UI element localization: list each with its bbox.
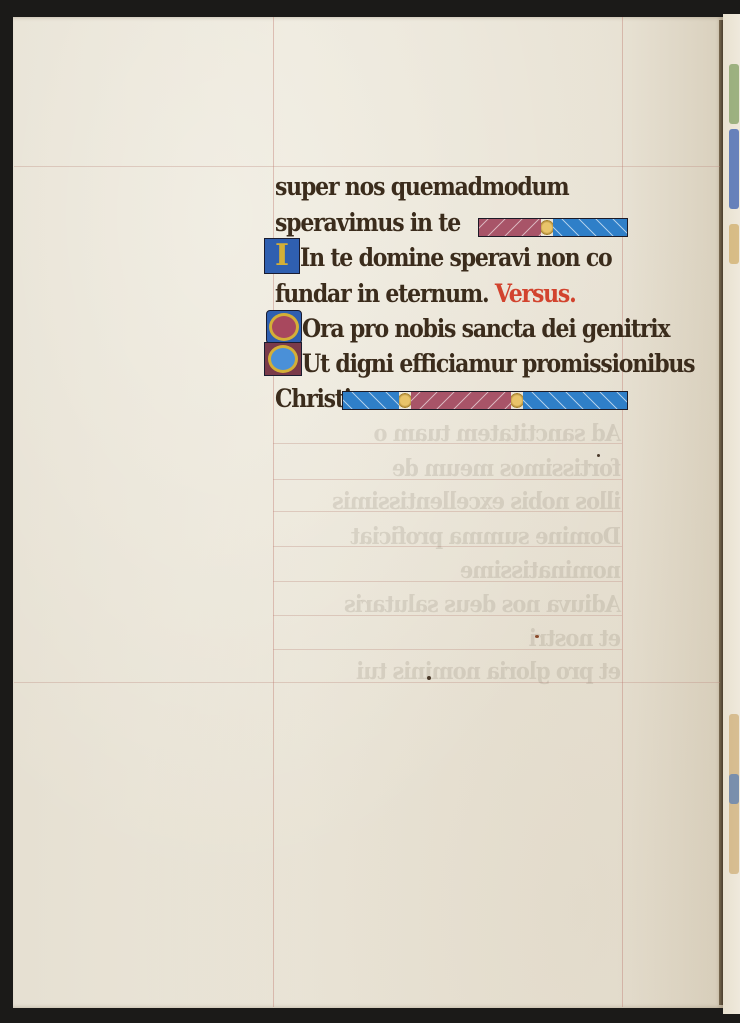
line-filler — [342, 391, 628, 410]
border-decoration — [729, 224, 739, 264]
page-gutter-shadow — [719, 20, 723, 1005]
rubric-versus: Versus. — [495, 279, 576, 309]
illuminated-initial-U — [264, 342, 302, 376]
bleed-through-text: et nostri — [276, 624, 621, 648]
parchment-speck — [535, 635, 539, 638]
bleed-through-text: illos nobis excellentissimis — [276, 487, 621, 511]
parchment-speck — [597, 454, 600, 457]
bleed-through-text: nominatissime — [276, 556, 621, 580]
parchment-speck — [427, 676, 431, 680]
border-decoration — [729, 64, 739, 124]
ruling-line — [622, 17, 623, 1007]
text-line: Christi — [275, 384, 351, 425]
border-decoration — [729, 774, 739, 804]
ruling-line — [14, 166, 720, 167]
bleed-through-text: fortissimos meum de — [276, 454, 621, 478]
illuminated-initial-O — [266, 310, 302, 344]
bleed-through-text: et pro gloria nominis tui — [276, 657, 621, 681]
bleed-through-text: Domine summa proficiat — [276, 522, 621, 546]
border-decoration — [729, 129, 739, 209]
manuscript-viewer: Ad sanctitatem tuam o fortissimos meum d… — [0, 0, 740, 1023]
line-filler — [478, 218, 628, 237]
adjacent-leaf-edge — [723, 14, 740, 1014]
text-line: Ut digni efficiamur promissionibus — [302, 349, 694, 390]
illuminated-initial-I: I — [264, 238, 300, 274]
ruling-line — [273, 17, 274, 1007]
bleed-through-text: Adiuva nos deus salutaris — [276, 590, 621, 614]
